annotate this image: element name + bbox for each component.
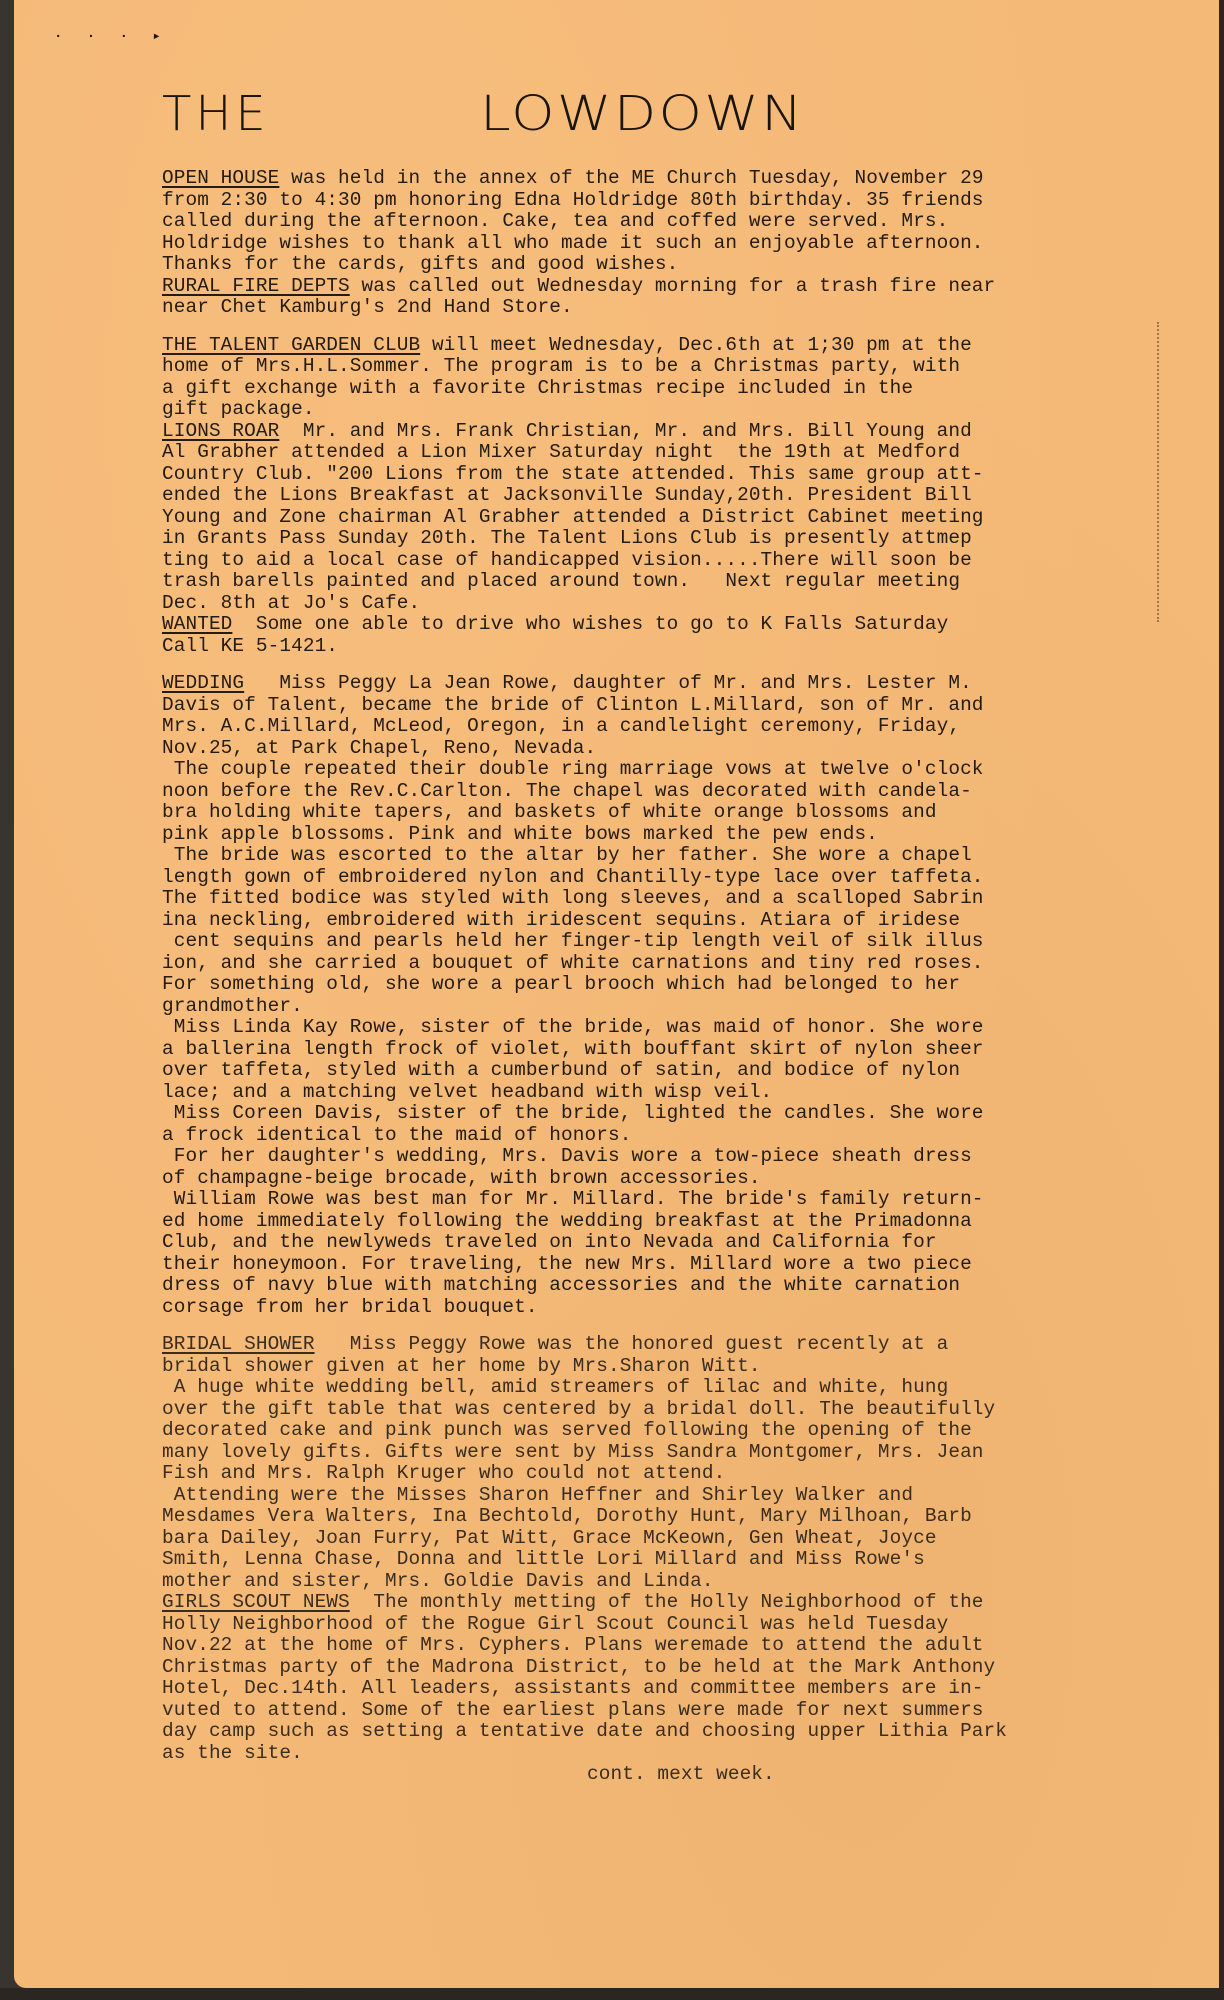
article-text: bra holding white tapers, and baskets of… xyxy=(162,801,937,823)
article-line: Thanks for the cards, gifts and good wis… xyxy=(162,254,1152,276)
article-text: Nov.25, at Park Chapel, Reno, Nevada. xyxy=(162,737,596,759)
article-line: Dec. 8th at Jo's Cafe. xyxy=(162,593,1152,615)
article-line: Mesdames Vera Walters, Ina Bechtold, Dor… xyxy=(162,1506,1152,1528)
corner-marks: · · · ▸ xyxy=(54,28,169,45)
section-gap xyxy=(162,319,1152,335)
article-heading: WANTED xyxy=(162,613,232,635)
article-line: lace; and a matching velvet headband wit… xyxy=(162,1082,1152,1104)
article-text: pink apple blossoms. Pink and white bows… xyxy=(162,823,878,845)
article-line: noon before the Rev.C.Carlton. The chape… xyxy=(162,781,1152,803)
article-rural-fire: RURAL FIRE DEPTS was called out Wednesda… xyxy=(162,276,1152,319)
article-text: a gift exchange with a favorite Christma… xyxy=(162,377,913,399)
article-text: The monthly metting of the Holly Neighbo… xyxy=(350,1591,984,1613)
article-line: from 2:30 to 4:30 pm honoring Edna Holdr… xyxy=(162,190,1152,212)
article-text: Fish and Mrs. Ralph Kruger who could not… xyxy=(162,1462,725,1484)
article-text: Some one able to drive who wishes to go … xyxy=(232,613,948,635)
article-text: trash barells painted and placed around … xyxy=(162,570,960,592)
article-text: Mrs. A.C.Millard, McLeod, Oregon, in a c… xyxy=(162,715,960,737)
article-line: Club, and the newlyweds traveled on into… xyxy=(162,1232,1152,1254)
article-text: in Grants Pass Sunday 20th. The Talent L… xyxy=(162,527,972,549)
article-line: mother and sister, Mrs. Goldie Davis and… xyxy=(162,1571,1152,1593)
article-line: For her daughter's wedding, Mrs. Davis w… xyxy=(162,1146,1152,1168)
article-line: WANTED Some one able to drive who wishes… xyxy=(162,614,1152,636)
article-line: Nov.22 at the home of Mrs. Cyphers. Plan… xyxy=(162,1635,1152,1657)
article-text: near Chet Kamburg's 2nd Hand Store. xyxy=(162,296,573,318)
article-line: Miss Linda Kay Rowe, sister of the bride… xyxy=(162,1017,1152,1039)
article-line: A huge white wedding bell, amid streamer… xyxy=(162,1377,1152,1399)
article-wanted: WANTED Some one able to drive who wishes… xyxy=(162,614,1152,657)
article-text: their honeymoon. For traveling, the new … xyxy=(162,1253,972,1275)
article-text: noon before the Rev.C.Carlton. The chape… xyxy=(162,780,972,802)
article-line: a ballerina length frock of violet, with… xyxy=(162,1039,1152,1061)
article-text: ting to aid a local case of handicapped … xyxy=(162,549,972,571)
article-line: Hotel, Dec.14th. All leaders, assistants… xyxy=(162,1678,1152,1700)
article-text: Al Grabher attended a Lion Mixer Saturda… xyxy=(162,441,960,463)
article-text: gift package. xyxy=(162,398,315,420)
article-text: length gown of embroidered nylon and Cha… xyxy=(162,866,984,888)
article-wedding: WEDDING Miss Peggy La Jean Rowe, daughte… xyxy=(162,673,1152,1318)
article-text: William Rowe was best man for Mr. Millar… xyxy=(162,1188,984,1210)
masthead: THE LOWDOWN xyxy=(162,86,862,146)
article-text: Country Club. "200 Lions from the state … xyxy=(162,463,984,485)
article-line: bridal shower given at her home by Mrs.S… xyxy=(162,1356,1152,1378)
article-line: Holly Neighborhood of the Rogue Girl Sco… xyxy=(162,1614,1152,1636)
article-text: Miss Peggy La Jean Rowe, daughter of Mr.… xyxy=(244,672,972,694)
article-line: Davis of Talent, became the bride of Cli… xyxy=(162,695,1152,717)
article-line: of champagne-beige brocade, with brown a… xyxy=(162,1168,1152,1190)
article-line: The couple repeated their double ring ma… xyxy=(162,759,1152,781)
article-line: ina neckling, embroidered with iridescen… xyxy=(162,910,1152,932)
article-text: Attending were the Misses Sharon Heffner… xyxy=(162,1484,913,1506)
article-line: William Rowe was best man for Mr. Millar… xyxy=(162,1189,1152,1211)
article-line: ting to aid a local case of handicapped … xyxy=(162,550,1152,572)
article-open-house: OPEN HOUSE was held in the annex of the … xyxy=(162,168,1152,276)
article-line: their honeymoon. For traveling, the new … xyxy=(162,1254,1152,1276)
article-line: length gown of embroidered nylon and Cha… xyxy=(162,867,1152,889)
article-line: Al Grabher attended a Lion Mixer Saturda… xyxy=(162,442,1152,464)
article-text: from 2:30 to 4:30 pm honoring Edna Holdr… xyxy=(162,189,984,211)
article-text: Mr. and Mrs. Frank Christian, Mr. and Mr… xyxy=(279,420,971,442)
continued-note: cont. mext week. xyxy=(162,1764,1152,1786)
article-line: in Grants Pass Sunday 20th. The Talent L… xyxy=(162,528,1152,550)
article-text: lace; and a matching velvet headband wit… xyxy=(162,1081,772,1103)
article-text: over taffeta, styled with a cumberbund o… xyxy=(162,1059,960,1081)
article-text: Miss Coreen Davis, sister of the bride, … xyxy=(162,1102,984,1124)
article-text: decorated cake and pink punch was served… xyxy=(162,1419,972,1441)
article-line: a frock identical to the maid of honors. xyxy=(162,1125,1152,1147)
article-line: vuted to attend. Some of the earliest pl… xyxy=(162,1700,1152,1722)
article-line: over the gift table that was centered by… xyxy=(162,1399,1152,1421)
masthead-the: THE xyxy=(162,86,270,142)
article-text: Smith, Lenna Chase, Donna and little Lor… xyxy=(162,1548,925,1570)
article-text: of champagne-beige brocade, with brown a… xyxy=(162,1167,761,1189)
article-line: WEDDING Miss Peggy La Jean Rowe, daughte… xyxy=(162,673,1152,695)
margin-dotted-line xyxy=(1157,322,1159,622)
article-line: day camp such as setting a tentative dat… xyxy=(162,1721,1152,1743)
masthead-lowdown: LOWDOWN xyxy=(480,86,805,142)
article-line: RURAL FIRE DEPTS was called out Wednesda… xyxy=(162,276,1152,298)
article-text: dress of navy blue with matching accesso… xyxy=(162,1274,960,1296)
article-text: as the site. xyxy=(162,1742,303,1764)
article-line: cent sequins and pearls held her finger-… xyxy=(162,931,1152,953)
article-heading: BRIDAL SHOWER xyxy=(162,1333,315,1355)
section-gap xyxy=(162,657,1152,673)
article-heading: GIRLS SCOUT NEWS xyxy=(162,1591,350,1613)
article-text: Mesdames Vera Walters, Ina Bechtold, Dor… xyxy=(162,1505,972,1527)
article-line: corsage from her bridal bouquet. xyxy=(162,1297,1152,1319)
article-text: Miss Peggy Rowe was the honored guest re… xyxy=(315,1333,949,1355)
article-line: trash barells painted and placed around … xyxy=(162,571,1152,593)
article-line: Nov.25, at Park Chapel, Reno, Nevada. xyxy=(162,738,1152,760)
article-text: cent sequins and pearls held her finger-… xyxy=(162,930,984,952)
article-line: Mrs. A.C.Millard, McLeod, Oregon, in a c… xyxy=(162,716,1152,738)
article-text: The couple repeated their double ring ma… xyxy=(162,758,984,780)
article-text: grandmother. xyxy=(162,995,303,1017)
article-line: decorated cake and pink punch was served… xyxy=(162,1420,1152,1442)
article-text: a frock identical to the maid of honors. xyxy=(162,1124,631,1146)
article-line: Holdridge wishes to thank all who made i… xyxy=(162,233,1152,255)
scan-edge-right xyxy=(1219,0,1224,2000)
article-line: The bride was escorted to the altar by h… xyxy=(162,845,1152,867)
article-text: day camp such as setting a tentative dat… xyxy=(162,1720,1007,1742)
article-text: will meet Wednesday, Dec.6th at 1;30 pm … xyxy=(420,334,972,356)
article-text: Young and Zone chairman Al Grabher atten… xyxy=(162,506,984,528)
article-lions-roar: LIONS ROAR Mr. and Mrs. Frank Christian,… xyxy=(162,421,1152,615)
article-text: called during the afternoon. Cake, tea a… xyxy=(162,210,948,232)
article-text: Holdridge wishes to thank all who made i… xyxy=(162,232,984,254)
article-text: Club, and the newlyweds traveled on into… xyxy=(162,1231,937,1253)
article-text: home of Mrs.H.L.Sommer. The program is t… xyxy=(162,355,960,377)
article-text: vuted to attend. Some of the earliest pl… xyxy=(162,1699,984,1721)
article-line: a gift exchange with a favorite Christma… xyxy=(162,378,1152,400)
article-line: Young and Zone chairman Al Grabher atten… xyxy=(162,507,1152,529)
article-text: Dec. 8th at Jo's Cafe. xyxy=(162,592,420,614)
article-text: Davis of Talent, became the bride of Cli… xyxy=(162,694,984,716)
article-column: OPEN HOUSE was held in the annex of the … xyxy=(162,168,1152,1786)
article-line: gift package. xyxy=(162,399,1152,421)
article-heading: THE TALENT GARDEN CLUB xyxy=(162,334,420,356)
article-text: ion, and she carried a bouquet of white … xyxy=(162,952,984,974)
article-text: Call KE 5-1421. xyxy=(162,635,338,657)
article-text: ina neckling, embroidered with iridescen… xyxy=(162,909,960,931)
section-gap xyxy=(162,1318,1152,1334)
article-text: bara Dailey, Joan Furry, Pat Witt, Grace… xyxy=(162,1527,937,1549)
article-garden-club: THE TALENT GARDEN CLUB will meet Wednesd… xyxy=(162,335,1152,421)
article-line: Attending were the Misses Sharon Heffner… xyxy=(162,1485,1152,1507)
article-line: BRIDAL SHOWER Miss Peggy Rowe was the ho… xyxy=(162,1334,1152,1356)
article-bridal-shower: BRIDAL SHOWER Miss Peggy Rowe was the ho… xyxy=(162,1334,1152,1592)
article-line: called during the afternoon. Cake, tea a… xyxy=(162,211,1152,233)
article-line: many lovely gifts. Gifts were sent by Mi… xyxy=(162,1442,1152,1464)
article-line: ended the Lions Breakfast at Jacksonvill… xyxy=(162,485,1152,507)
article-text: A huge white wedding bell, amid streamer… xyxy=(162,1376,948,1398)
article-text: a ballerina length frock of violet, with… xyxy=(162,1038,984,1060)
article-line: For something old, she wore a pearl broo… xyxy=(162,974,1152,996)
article-text: Miss Linda Kay Rowe, sister of the bride… xyxy=(162,1016,984,1038)
article-girl-scout: GIRLS SCOUT NEWS The monthly metting of … xyxy=(162,1592,1152,1764)
article-text: Christmas party of the Madrona District,… xyxy=(162,1656,995,1678)
article-line: over taffeta, styled with a cumberbund o… xyxy=(162,1060,1152,1082)
article-line: grandmother. xyxy=(162,996,1152,1018)
article-text: corsage from her bridal bouquet. xyxy=(162,1296,538,1318)
article-text: The fitted bodice was styled with long s… xyxy=(162,887,984,909)
article-line: GIRLS SCOUT NEWS The monthly metting of … xyxy=(162,1592,1152,1614)
article-heading: RURAL FIRE DEPTS xyxy=(162,275,350,297)
scan-edge-bottom xyxy=(0,1988,1224,2000)
article-line: OPEN HOUSE was held in the annex of the … xyxy=(162,168,1152,190)
article-heading: OPEN HOUSE xyxy=(162,167,279,189)
article-line: LIONS ROAR Mr. and Mrs. Frank Christian,… xyxy=(162,421,1152,443)
article-line: home of Mrs.H.L.Sommer. The program is t… xyxy=(162,356,1152,378)
article-line: ed home immediately following the weddin… xyxy=(162,1211,1152,1233)
article-text: ended the Lions Breakfast at Jacksonvill… xyxy=(162,484,972,506)
article-text: The bride was escorted to the altar by h… xyxy=(162,844,972,866)
article-line: The fitted bodice was styled with long s… xyxy=(162,888,1152,910)
article-line: Call KE 5-1421. xyxy=(162,636,1152,658)
article-text: Holly Neighborhood of the Rogue Girl Sco… xyxy=(162,1613,948,1635)
article-line: as the site. xyxy=(162,1743,1152,1765)
article-line: Smith, Lenna Chase, Donna and little Lor… xyxy=(162,1549,1152,1571)
article-line: pink apple blossoms. Pink and white bows… xyxy=(162,824,1152,846)
article-text: Thanks for the cards, gifts and good wis… xyxy=(162,253,678,275)
article-heading: LIONS ROAR xyxy=(162,420,279,442)
article-line: bra holding white tapers, and baskets of… xyxy=(162,802,1152,824)
article-text: ed home immediately following the weddin… xyxy=(162,1210,972,1232)
article-heading: WEDDING xyxy=(162,672,244,694)
article-line: bara Dailey, Joan Furry, Pat Witt, Grace… xyxy=(162,1528,1152,1550)
article-text: Hotel, Dec.14th. All leaders, assistants… xyxy=(162,1677,984,1699)
article-line: Fish and Mrs. Ralph Kruger who could not… xyxy=(162,1463,1152,1485)
article-line: Christmas party of the Madrona District,… xyxy=(162,1657,1152,1679)
article-line: ion, and she carried a bouquet of white … xyxy=(162,953,1152,975)
article-text: was called out Wednesday morning for a t… xyxy=(350,275,996,297)
article-text: mother and sister, Mrs. Goldie Davis and… xyxy=(162,1570,714,1592)
article-text: over the gift table that was centered by… xyxy=(162,1398,995,1420)
article-text: Nov.22 at the home of Mrs. Cyphers. Plan… xyxy=(162,1634,984,1656)
article-line: near Chet Kamburg's 2nd Hand Store. xyxy=(162,297,1152,319)
article-line: THE TALENT GARDEN CLUB will meet Wednesd… xyxy=(162,335,1152,357)
article-text: was held in the annex of the ME Church T… xyxy=(279,167,983,189)
article-text: bridal shower given at her home by Mrs.S… xyxy=(162,1355,761,1377)
article-text: For something old, she wore a pearl broo… xyxy=(162,973,960,995)
article-text: many lovely gifts. Gifts were sent by Mi… xyxy=(162,1441,984,1463)
article-line: Country Club. "200 Lions from the state … xyxy=(162,464,1152,486)
article-line: dress of navy blue with matching accesso… xyxy=(162,1275,1152,1297)
article-line: Miss Coreen Davis, sister of the bride, … xyxy=(162,1103,1152,1125)
article-text: For her daughter's wedding, Mrs. Davis w… xyxy=(162,1145,972,1167)
newsletter-page: · · · ▸ THE LOWDOWN OPEN HOUSE was held … xyxy=(14,0,1219,1988)
